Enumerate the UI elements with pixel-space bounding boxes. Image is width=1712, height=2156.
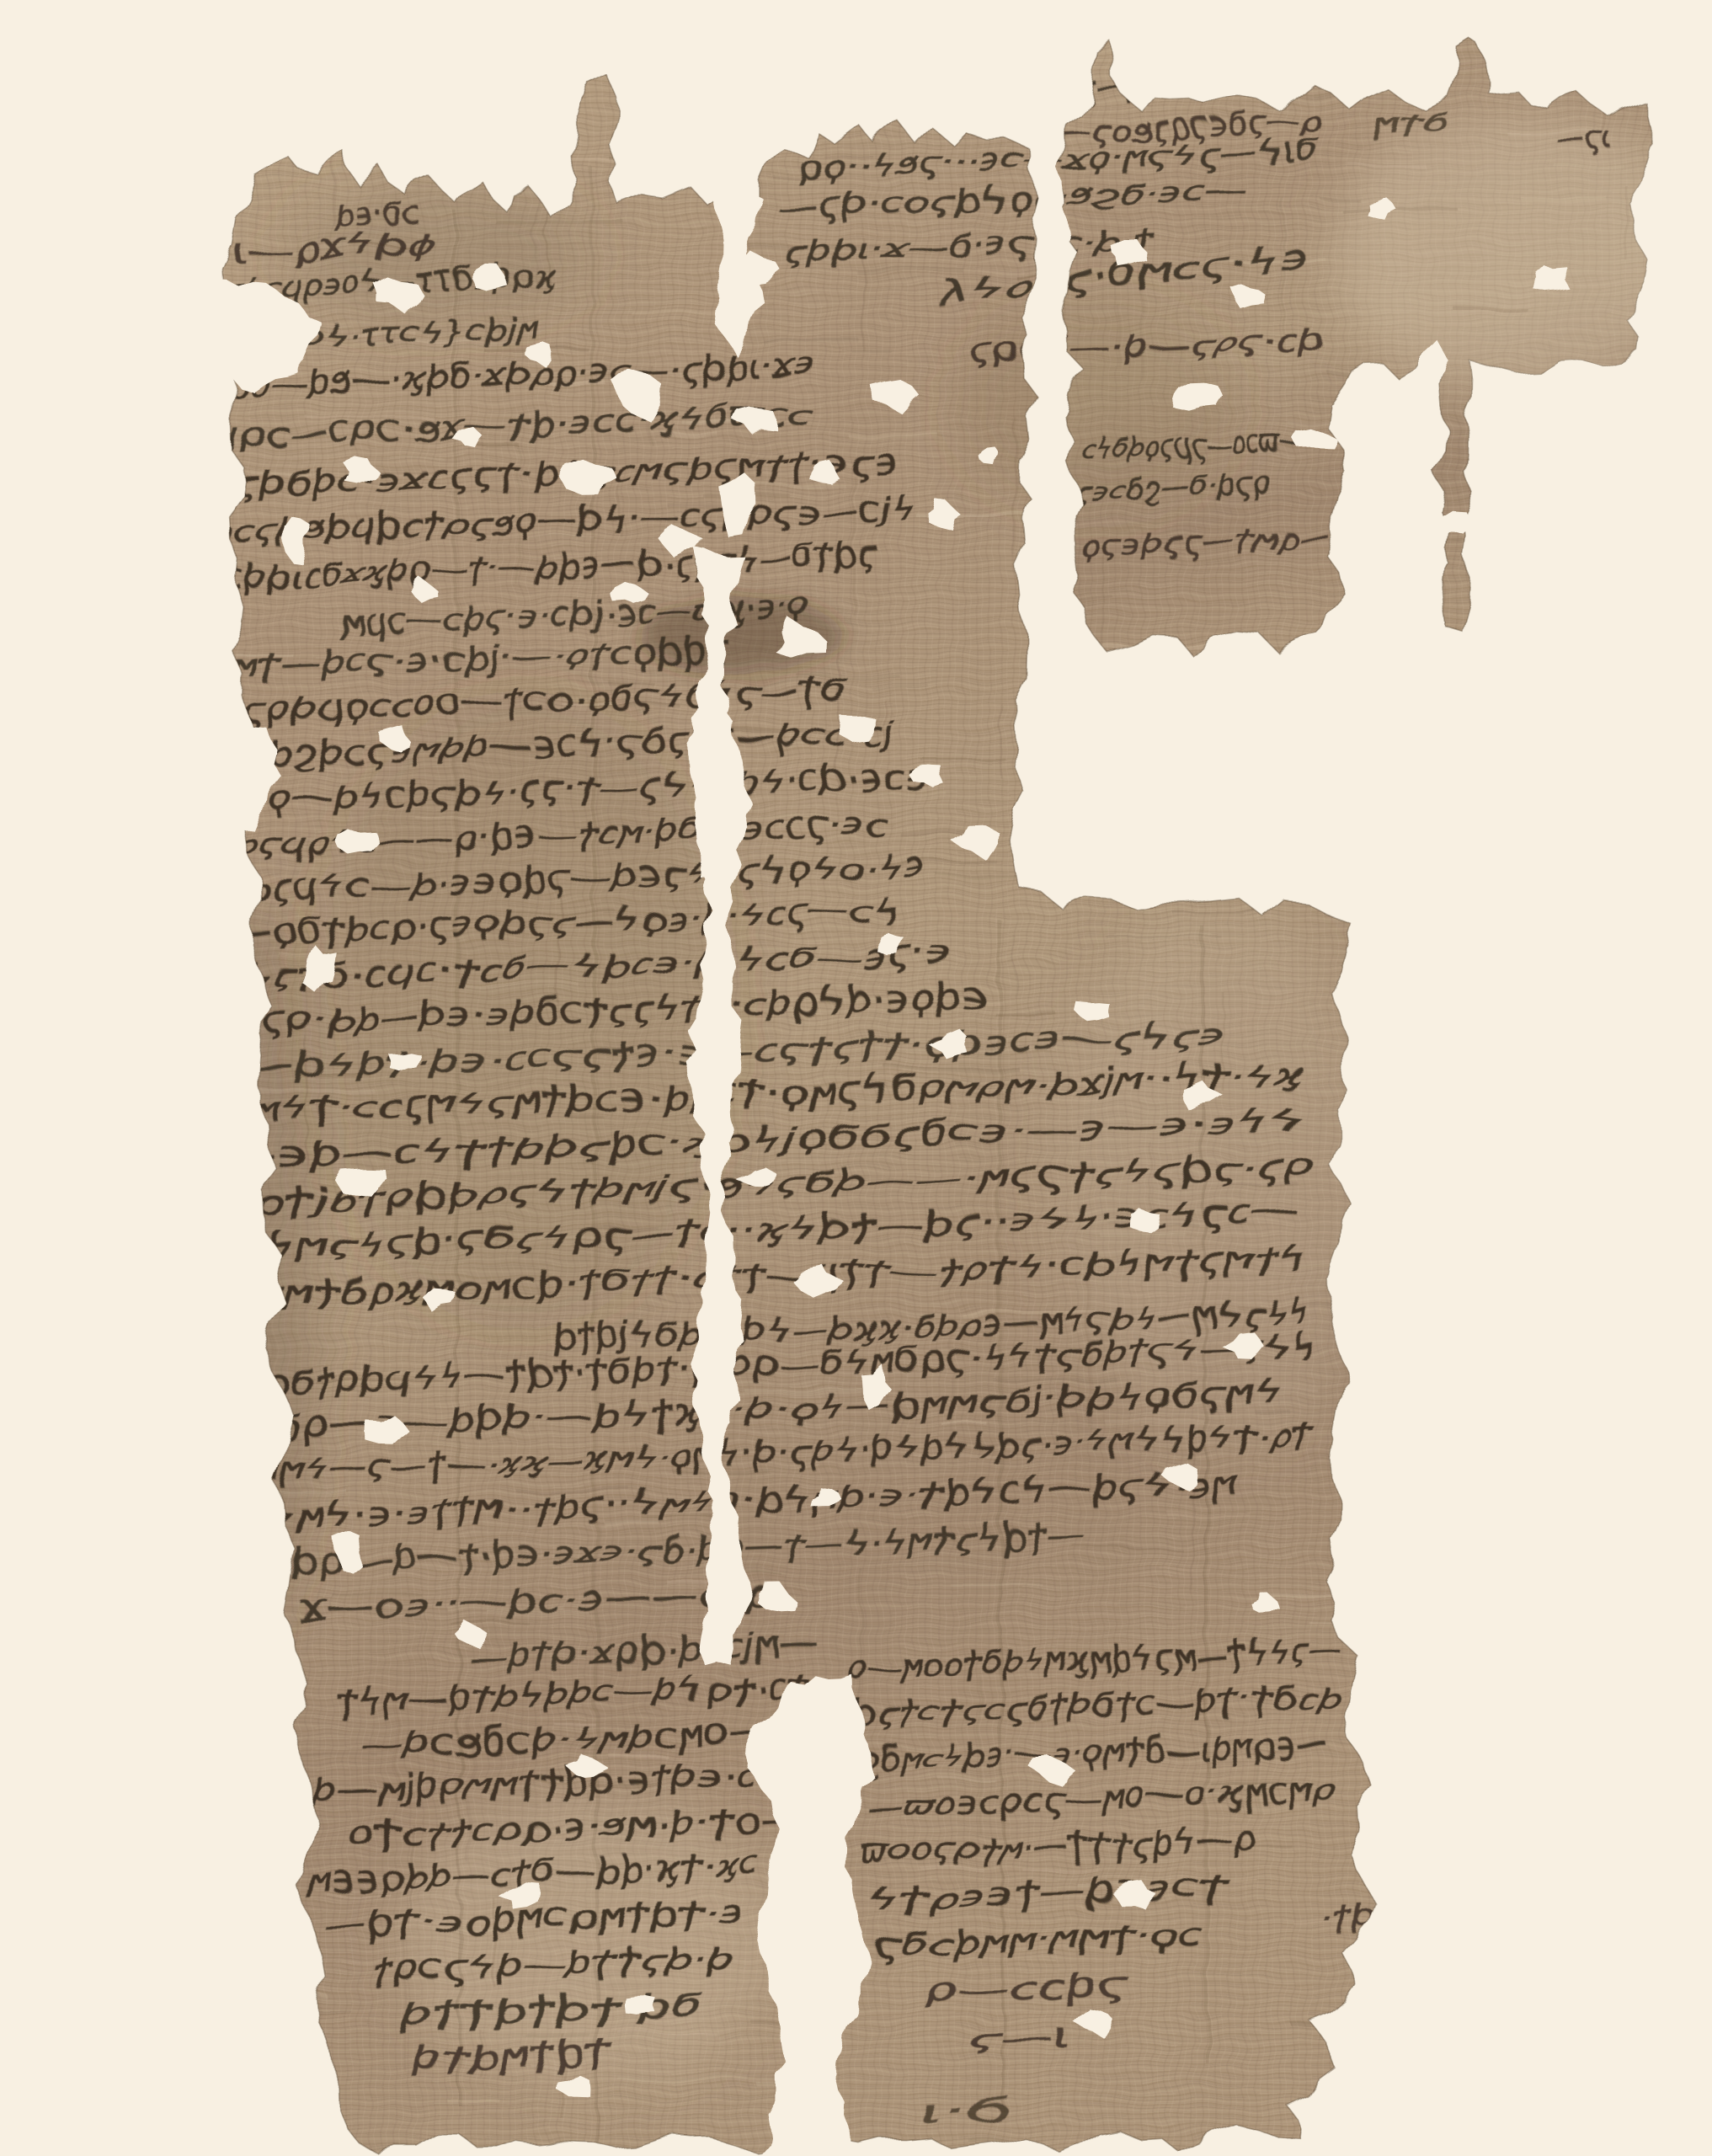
fiber-streak [1354, 969, 1448, 973]
photo-stage: ϛ—ρ—οϛ—ϛοϧϛρϛ϶ϭϛ—ρϻϯϭ—ϛιρϙ··ϟϧϛ···϶ϲ—ϫϙ·… [0, 0, 1712, 2156]
fiber-streak [1378, 2059, 1493, 2062]
fiber-streak [1556, 2133, 1616, 2137]
fiber-streak [235, 1436, 237, 1515]
fiber-streak [1568, 964, 1662, 967]
fiber-streak [1321, 199, 1359, 201]
fiber-streak [610, 157, 690, 160]
fiber-streak [1457, 2048, 1558, 2051]
fiber-streak [1635, 2036, 1638, 2135]
fiber-streak [1478, 795, 1542, 798]
lacuna-hole [1029, 344, 1057, 390]
fiber-streak [1572, 909, 1613, 911]
fiber-streak [1000, 705, 1003, 778]
fiber-streak [1651, 1650, 1712, 1653]
fiber-streak [1632, 1462, 1712, 1465]
fiber-streak [1172, 911, 1256, 914]
fiber-streak [1623, 1024, 1625, 1082]
fiber-streak [271, 1325, 274, 1384]
fiber-streak [941, 1423, 987, 1426]
fiber-streak [1538, 433, 1656, 437]
fiber-streak [940, 1779, 995, 1780]
fiber-streak [1613, 750, 1671, 753]
fiber-streak [1441, 974, 1443, 1038]
fiber-streak [1337, 1239, 1390, 1241]
fiber-streak [1354, 1589, 1474, 1592]
fiber-streak [1552, 539, 1599, 541]
fiber-streak [1633, 1854, 1712, 1856]
fiber-streak [317, 140, 371, 143]
fiber-streak [1287, 420, 1352, 423]
fiber-streak [1549, 342, 1552, 412]
fiber-streak [1638, 1486, 1712, 1489]
fiber-streak [233, 1332, 236, 1430]
fiber-streak [212, 1935, 215, 2079]
script-line: ρ—ϲϲϸϛ [925, 1967, 1131, 2010]
fiber-streak [1265, 93, 1352, 98]
fiber-streak [1521, 197, 1607, 200]
script-line: ϻϯϭ [1372, 105, 1448, 141]
fiber-streak [1032, 429, 1069, 432]
fiber-streak [1023, 1869, 1098, 1871]
fiber-streak [245, 1543, 295, 1545]
fiber-streak [1565, 2036, 1684, 2038]
fiber-streak [1512, 1880, 1515, 1949]
fiber-streak [1478, 427, 1592, 430]
fiber-streak [868, 685, 929, 687]
fiber-streak [284, 2010, 351, 2014]
fiber-streak [1133, 872, 1242, 874]
fiber-streak [571, 158, 663, 163]
fiber-streak [1464, 1273, 1501, 1275]
fiber-streak [226, 1491, 348, 1493]
fiber-streak [1493, 1509, 1561, 1513]
fiber-streak [1650, 1029, 1712, 1032]
fiber-streak [1506, 2131, 1596, 2133]
fiber-streak [1416, 1514, 1522, 1517]
fiber-streak [1029, 595, 1112, 597]
fiber-streak [248, 1754, 379, 1758]
fiber-streak [1420, 1011, 1547, 1015]
fiber-streak [1489, 1289, 1609, 1292]
fiber-streak [1013, 935, 1016, 995]
fiber-streak [1341, 209, 1459, 211]
fiber-streak [1292, 2024, 1367, 2026]
fiber-streak [1378, 1919, 1463, 1923]
fiber-streak [1115, 934, 1213, 937]
fiber-streak [1480, 1947, 1517, 1950]
fiber-streak [610, 1755, 668, 1758]
script-line: ϸϯϸϻϯϸϮ [410, 2034, 616, 2078]
fiber-streak [1347, 1233, 1481, 1236]
fiber-streak [848, 434, 939, 438]
fiber-streak [1015, 418, 1017, 556]
lacuna-hole [1292, 426, 1336, 446]
fiber-streak [1387, 959, 1389, 1068]
fiber-streak [1282, 1386, 1315, 1389]
fiber-streak [1517, 2037, 1623, 2040]
fiber-streak [1555, 164, 1624, 168]
fiber-streak [1596, 1177, 1660, 1181]
fiber-streak [1587, 1250, 1712, 1252]
fiber-streak [1524, 915, 1655, 918]
script-line: ι·ϭ [917, 2092, 1011, 2130]
fiber-streak [1435, 1274, 1511, 1278]
fiber-streak [1539, 530, 1542, 675]
fiber-streak [1620, 1986, 1698, 1990]
fiber-streak [1251, 807, 1381, 809]
fiber-streak [619, 2078, 749, 2081]
fiber-streak [1260, 1593, 1391, 1596]
fragment-layer: ϛ—ρ—οϛ—ϛοϧϛρϛ϶ϭϛ—ρϻϯϭ—ϛιρϙ··ϟϧϛ···϶ϲ—ϫϙ·… [177, 40, 1712, 2156]
fiber-streak [1350, 164, 1426, 167]
fiber-streak [1613, 1586, 1616, 1694]
script-line: —ϛι [1557, 122, 1613, 157]
script-line: ·ϯϸ— [1319, 1895, 1414, 1936]
fiber-streak [1308, 1436, 1423, 1438]
fiber-streak [447, 2099, 499, 2102]
fiber-streak [226, 2130, 334, 2134]
fiber-streak [851, 350, 891, 353]
fiber-streak [1447, 1317, 1572, 1320]
fiber-streak [1638, 774, 1640, 914]
fiber-streak [1475, 1674, 1478, 1763]
fiber-streak [260, 1839, 263, 1947]
fiber-streak [1562, 482, 1619, 485]
fiber-streak [1596, 1660, 1653, 1662]
fiber-streak [1413, 2073, 1450, 2077]
fiber-streak [938, 876, 1059, 878]
fiber-streak [1329, 373, 1409, 376]
fiber-streak [1340, 567, 1399, 569]
fiber-streak [951, 1583, 1043, 1586]
fiber-streak [253, 1791, 255, 1879]
fiber-streak [1059, 693, 1171, 696]
fiber-streak [1228, 75, 1331, 77]
fiber-streak [1369, 552, 1409, 555]
fiber-streak [1607, 782, 1674, 786]
script-line: ϛ—ι [968, 2016, 1069, 2057]
fiber-streak [1446, 2050, 1527, 2052]
fiber-streak [1309, 1621, 1417, 1625]
fiber-streak [1430, 538, 1517, 541]
fiber-streak [1611, 1755, 1613, 1862]
fiber-streak [1351, 2097, 1470, 2101]
fiber-streak [1484, 1933, 1486, 2045]
fiber-streak [1554, 1977, 1556, 2087]
fiber-streak [1507, 1907, 1549, 1909]
fiber-streak [1311, 1164, 1390, 1166]
fiber-streak [619, 2031, 716, 2034]
fiber-streak [1166, 1511, 1247, 1514]
fiber-streak [451, 1622, 529, 1625]
fiber-streak [994, 1011, 1055, 1014]
fiber-streak [1061, 803, 1144, 806]
fiber-streak [205, 1785, 319, 1789]
fiber-streak [1487, 900, 1605, 903]
tonal-blob [1331, 109, 1701, 396]
fiber-streak [535, 154, 537, 253]
fiber-streak [1453, 307, 1526, 310]
papyrus-photograph: ϛ—ρ—οϛ—ϛοϧϛρϛ϶ϭϛ—ρϻϯϭ—ϛιρϙ··ϟϧϛ···϶ϲ—ϫϙ·… [0, 0, 1712, 2156]
fiber-streak [1391, 1424, 1495, 1428]
fiber-streak [1560, 912, 1669, 915]
fiber-streak [922, 760, 1007, 762]
fiber-streak [496, 221, 625, 224]
fiber-streak [1555, 1668, 1669, 1671]
fiber-streak [1075, 1547, 1180, 1549]
fiber-streak [761, 339, 859, 342]
fiber-streak [1396, 1361, 1469, 1364]
fiber-streak [1163, 1569, 1211, 1572]
lacuna-hole [1490, 423, 1533, 456]
fiber-streak [1625, 186, 1628, 261]
fiber-streak [856, 269, 964, 274]
fiber-streak [1551, 648, 1647, 652]
lacuna-hole [623, 1995, 654, 2014]
fiber-streak [1230, 862, 1297, 864]
fiber-streak [1120, 1605, 1182, 1608]
fiber-streak [1331, 686, 1366, 689]
